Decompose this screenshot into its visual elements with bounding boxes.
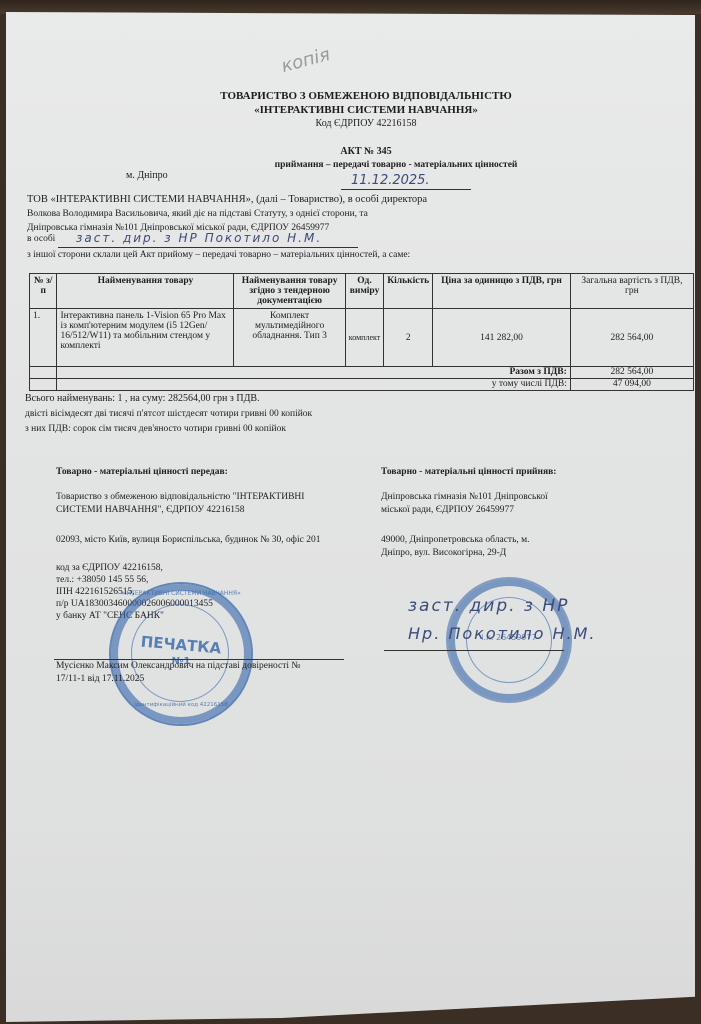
- total-value: 282 564,00: [570, 367, 693, 379]
- sender-org-line2: СИСТЕМИ НАВЧАННЯ", ЄДРПОУ 42216158: [56, 505, 244, 515]
- intro-line5: з іншої сторони склали цей Акт прийому –…: [27, 250, 410, 260]
- vat-label: у тому числі ПДВ:: [57, 379, 570, 391]
- header-num: № з/п: [30, 274, 57, 309]
- act-date-handwritten: 11.12.2025.: [351, 173, 430, 188]
- receiver-org-line1: Дніпровська гімназія №101 Дніпровської: [381, 492, 548, 502]
- receiver-signature-line2: Нр. Покотило Н.М.: [408, 624, 596, 643]
- company-name-line1: ТОВАРИСТВО З ОБМЕЖЕНОЮ ВІДПОВІДАЛЬНІСТЮ: [156, 90, 576, 102]
- header-total: Загальна вартість з ПДВ, грн: [570, 274, 693, 309]
- receiver-signature-line1: заст. дир. з НР: [408, 596, 569, 616]
- sender-address: 02093, місто Київ, вулиця Бориспільська,…: [56, 535, 320, 545]
- act-subtitle: приймання – передачі товарно - матеріаль…: [226, 160, 566, 170]
- sender-stamp: ПЕЧАТКА №1 «ІНТЕРАКТИВНІ СИСТЕМИ НАВЧАНН…: [109, 582, 253, 726]
- pencil-note: копія: [279, 44, 332, 77]
- sender-org-line1: Товариство з обмеженою відповідальністю …: [56, 492, 304, 502]
- act-number: АКТ № 345: [256, 146, 476, 157]
- cell-total: 282 564,00: [570, 309, 693, 367]
- summary-line3: з них ПДВ: сорок сім тисяч дев'яносто чо…: [25, 424, 286, 434]
- receiver-address-line1: 49000, Дніпропетровська область, м.: [381, 535, 530, 545]
- company-name-line2: «ІНТЕРАКТИВНІ СИСТЕМИ НАВЧАННЯ»: [156, 104, 576, 116]
- intro-line2: Волкова Володимира Васильовича, який діє…: [27, 209, 368, 219]
- summary-line2: двісті вісімдесят дві тисячі п'ятсот шіс…: [25, 409, 312, 419]
- table-header-row: № з/п Найменування товару Найменування т…: [30, 274, 694, 309]
- representative-handwritten: заст. дир. з НР Покотило Н.М.: [76, 231, 322, 245]
- intro-line1: ТОВ «ІНТЕРАКТИВНІ СИСТЕМИ НАВЧАННЯ», (да…: [27, 194, 427, 205]
- sender-heading: Товарно - матеріальні цінності передав:: [56, 467, 228, 477]
- stamp-ring-text: «ІНТЕРАКТИВНІ СИСТЕМИ НАВЧАННЯ»: [121, 590, 241, 597]
- receiver-org-line2: міської ради, ЄДРПОУ 26459977: [381, 505, 514, 515]
- stamp-code-text: ідентифікаційний код 42216158: [121, 702, 241, 708]
- blank-cell: [30, 367, 57, 379]
- cell-qty: 2: [384, 309, 433, 367]
- summary-line1: Всього найменувань: 1 , на суму: 282564,…: [25, 393, 260, 404]
- cell-unit: комплект: [345, 309, 384, 367]
- goods-table: № з/п Найменування товару Найменування т…: [29, 273, 694, 391]
- document-page: копія ТОВАРИСТВО З ОБМЕЖЕНОЮ ВІДПОВІДАЛЬ…: [6, 12, 695, 1022]
- cell-unit-price: 141 282,00: [433, 309, 571, 367]
- sender-detail-edrpou: код за ЄДРПОУ 42216158,: [56, 562, 213, 574]
- sender-signer-line2: 17/11-1 від 17.11.2025: [56, 674, 144, 684]
- sender-signer-line1: Мусієнко Максим Олександрович на підстав…: [56, 661, 300, 671]
- desk-background: [0, 0, 701, 14]
- receiver-signature-underline: [384, 650, 564, 651]
- header-qty: Кількість: [384, 274, 433, 309]
- table-row: 1. Інтерактивна панель 1-Vision 65 Pro M…: [30, 309, 694, 367]
- header-tender-name: Найменування товару згідно з тендерною д…: [234, 274, 345, 309]
- date-underline: [341, 189, 471, 190]
- act-city: м. Дніпро: [126, 170, 168, 181]
- cell-num: 1.: [30, 309, 57, 367]
- cell-tender-name: Комплект мультимедійного обладнання. Тип…: [234, 309, 345, 367]
- header-unit: Од. виміру: [345, 274, 384, 309]
- header-unit-price: Ціна за одиницю з ПДВ, грн: [433, 274, 571, 309]
- table-vat-row: у тому числі ПДВ: 47 094,00: [30, 379, 694, 391]
- header-name: Найменування товару: [57, 274, 234, 309]
- receiver-address-line2: Дніпро, вул. Високогірна, 29-Д: [381, 548, 506, 558]
- table-total-row: Разом з ПДВ: 282 564,00: [30, 367, 694, 379]
- sender-signature-line: [54, 659, 344, 660]
- vat-value: 47 094,00: [570, 379, 693, 391]
- cell-name: Інтерактивна панель 1-Vision 65 Pro Max …: [57, 309, 234, 367]
- total-label: Разом з ПДВ:: [57, 367, 570, 379]
- company-edrpou: Код ЄДРПОУ 42216158: [156, 118, 576, 129]
- blank-cell: [30, 379, 57, 391]
- receiver-heading: Товарно - матеріальні цінності прийняв:: [381, 467, 556, 477]
- intro-line4-label: в особі: [27, 234, 55, 244]
- representative-underline: [58, 247, 358, 248]
